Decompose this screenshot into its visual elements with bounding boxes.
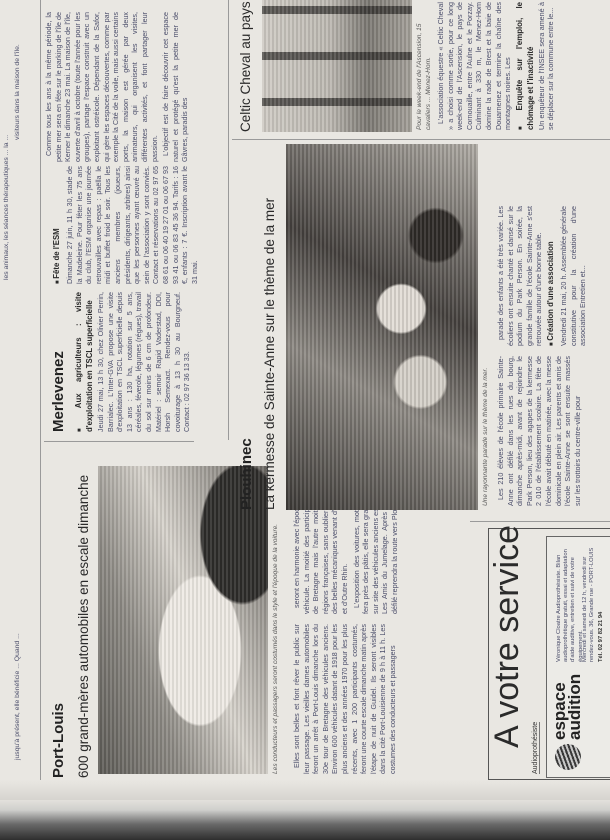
article-body-col1: Elles sont belles et font rêver le publi… (292, 624, 400, 774)
celtic-cheval-body: L'association équestre « Celtic Cheval »… (436, 2, 558, 130)
ad-category: Audioprothésiste (532, 722, 540, 774)
ile-de-kerner-article: Comme tous les ans à la même période, la… (44, 12, 192, 162)
item-title: Enquête sur l'emploi, le chômage et l'in… (515, 2, 535, 130)
espace-audition-globe-icon (555, 744, 581, 770)
brand-logo: espace audition (552, 674, 582, 740)
ad-description: Véronique Cloatre Audioprothésiste. Bila… (556, 542, 585, 662)
plouhinec-body-col1: Les 210 élèves de l'école primaire Saint… (496, 356, 584, 506)
item-title: Création d'une association (546, 206, 557, 346)
photo-kermesse-parade (286, 144, 478, 510)
plouhinec-body-col2: parade des enfants a été très variée. Le… (496, 206, 590, 346)
item-title: Fête de l'ESM (52, 166, 63, 284)
newspaper-page: les animaux, les séances thérapeutiques … (0, 0, 610, 840)
headline-port-louis: 600 grand-mères automobiles en escale di… (76, 475, 91, 778)
column-divider (470, 521, 610, 522)
photo-caption: Une rayonnante parade sur le thème de la… (482, 206, 491, 506)
paper-fold-shadow (0, 780, 610, 800)
photo-caption: Pour le week-end de l'Ascension, 15 cava… (416, 0, 433, 130)
scanner-edge (0, 800, 610, 840)
ad-address: Mercredi et samedi de 12 h, vendredi sur… (582, 542, 596, 662)
column-divider (232, 139, 610, 140)
photo-vintage-cars (98, 466, 268, 774)
headline-celtic-cheval: Celtic Cheval au pays de Cornouaille (238, 0, 253, 132)
item-title: Aux agriculteurs : visite d'exploitation… (74, 292, 94, 432)
section-town-merlevenez: Merlevenez (50, 351, 67, 432)
merlevenez-item-2: Fête de l'ESM Dimanche 27 juin, 11 h 30,… (50, 166, 201, 284)
column-divider (44, 441, 194, 442)
merlevenez-item-1: Aux agriculteurs : visite d'exploitation… (72, 292, 194, 432)
photo-horse-riders (262, 0, 412, 132)
ad-phone: Tél. 02 97 82 21 94 (598, 542, 605, 662)
ad-title: A votre service (488, 525, 527, 748)
section-town-plouhinec: Plouhinec (238, 438, 255, 510)
divider (40, 0, 41, 780)
divider (228, 0, 229, 440)
headline-plouhinec: La kermesse de Sainte-Anne sur le thème … (262, 198, 277, 510)
section-town-port-louis: Port-Louis (50, 703, 67, 778)
